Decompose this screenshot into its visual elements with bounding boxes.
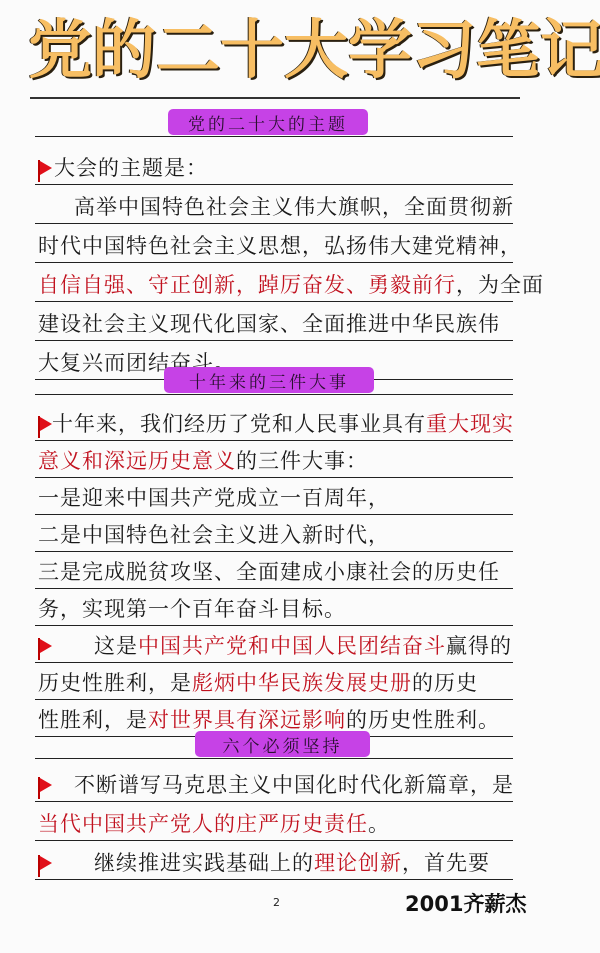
section-heading: 十年来的三件大事 xyxy=(164,367,374,393)
note-line: 建设社会主义现代化国家、全面推进中华民族伟 xyxy=(38,306,514,340)
note-text: 这是 xyxy=(94,630,138,660)
emphasis-text: 重大现实 xyxy=(426,408,514,438)
page-number: 2 xyxy=(273,896,280,909)
note-line: 大会的主题是： xyxy=(38,150,514,184)
ruled-line xyxy=(35,394,513,395)
note-line: 意义和深远历史意义的三件大事： xyxy=(38,443,514,477)
note-text: 继续推进实践基础上的 xyxy=(94,847,314,877)
ruled-line xyxy=(35,801,513,802)
note-text: 性胜利，是 xyxy=(38,704,148,734)
ruled-line xyxy=(35,840,513,841)
ruled-line xyxy=(35,223,513,224)
author-label: 2001齐薪杰 xyxy=(405,888,526,918)
note-text: 的历史 xyxy=(412,667,478,697)
ruled-line xyxy=(35,699,513,700)
title-char: 的 xyxy=(92,19,156,83)
title-char: 大 xyxy=(284,19,348,83)
ruled-line xyxy=(35,625,513,626)
note-text: ，首先要 xyxy=(402,847,490,877)
emphasis-text: 理论创新 xyxy=(314,847,402,877)
note-line: 一是迎来中国共产党成立一百周年， xyxy=(38,480,514,514)
section-heading: 党的二十大的主题 xyxy=(168,109,368,135)
note-line: 自信自强、守正创新，踔厉奋发、勇毅前行，为全面 xyxy=(38,267,514,301)
ruled-line xyxy=(35,551,513,552)
title-char: 笔 xyxy=(476,19,540,83)
notebook-title: 党的二十大学习笔记 xyxy=(28,6,588,96)
title-char: 十 xyxy=(220,19,284,83)
note-text: 务，实现第一个百年奋斗目标。 xyxy=(38,593,346,623)
title-char: 学 xyxy=(348,19,412,83)
ruled-line xyxy=(35,758,513,759)
title-char: 党 xyxy=(28,19,92,83)
note-text: 的三件大事： xyxy=(236,445,368,475)
note-text: 一是迎来中国共产党成立一百周年， xyxy=(38,482,390,512)
title-char: 二 xyxy=(156,19,220,83)
note-text: 不断谱写马克思主义中国化时代化新篇章，是 xyxy=(74,769,514,799)
note-line: 这是中国共产党和中国人民团结奋斗赢得的 xyxy=(38,628,514,662)
red-flag-icon xyxy=(38,855,50,877)
note-line: 三是完成脱贫攻坚、全面建成小康社会的历史任 xyxy=(38,554,514,588)
ruled-line xyxy=(35,301,513,302)
note-line: 当代中国共产党人的庄严历史责任。 xyxy=(38,806,514,840)
note-text: 十年来，我们经历了党和人民事业具有 xyxy=(52,408,426,438)
title-underline xyxy=(30,97,520,99)
note-text: 赢得的 xyxy=(446,630,512,660)
note-text: 二是中国特色社会主义进入新时代， xyxy=(38,519,390,549)
note-line: 继续推进实践基础上的理论创新，首先要 xyxy=(38,845,514,879)
ruled-line xyxy=(35,262,513,263)
note-text: 的历史性胜利。 xyxy=(346,704,500,734)
emphasis-text: 意义和深远历史意义 xyxy=(38,445,236,475)
note-line: 不断谱写马克思主义中国化时代化新篇章，是 xyxy=(38,767,514,801)
emphasis-text: 彪炳中华民族发展史册 xyxy=(192,667,412,697)
note-text: 。 xyxy=(368,808,390,838)
note-text: 时代中国特色社会主义思想，弘扬伟大建党精神， xyxy=(38,230,522,260)
ruled-line xyxy=(35,662,513,663)
note-text: 三是完成脱贫攻坚、全面建成小康社会的历史任 xyxy=(38,556,500,586)
note-line: 高举中国特色社会主义伟大旗帜，全面贯彻新 xyxy=(38,189,514,223)
note-text: 高举中国特色社会主义伟大旗帜，全面贯彻新 xyxy=(74,191,514,221)
note-text: 建设社会主义现代化国家、全面推进中华民族伟 xyxy=(38,308,500,338)
note-text: 大会的主题是： xyxy=(54,152,208,182)
emphasis-text: 中国共产党和中国人民团结奋斗 xyxy=(138,630,446,660)
emphasis-text: 当代中国共产党人的庄严历史责任 xyxy=(38,808,368,838)
emphasis-text: 对世界具有深远影响 xyxy=(148,704,346,734)
title-char: 记 xyxy=(540,19,600,83)
ruled-line xyxy=(35,514,513,515)
title-char: 习 xyxy=(412,19,476,83)
red-flag-icon xyxy=(38,160,50,182)
ruled-line xyxy=(35,477,513,478)
note-line: 十年来，我们经历了党和人民事业具有重大现实 xyxy=(38,406,514,440)
red-flag-icon xyxy=(38,638,50,660)
note-line: 历史性胜利，是彪炳中华民族发展史册的历史 xyxy=(38,665,514,699)
ruled-line xyxy=(35,136,513,137)
note-line: 时代中国特色社会主义思想，弘扬伟大建党精神， xyxy=(38,228,514,262)
ruled-line xyxy=(35,879,513,880)
ruled-line xyxy=(35,588,513,589)
red-flag-icon xyxy=(38,777,45,799)
ruled-line xyxy=(35,340,513,341)
note-text: ，为全面 xyxy=(456,269,544,299)
ruled-line xyxy=(35,440,513,441)
note-line: 务，实现第一个百年奋斗目标。 xyxy=(38,591,514,625)
section-heading: 六个必须坚持 xyxy=(195,731,370,757)
note-line: 二是中国特色社会主义进入新时代， xyxy=(38,517,514,551)
ruled-line xyxy=(35,184,513,185)
note-text: 历史性胜利，是 xyxy=(38,667,192,697)
red-flag-icon xyxy=(38,416,40,438)
emphasis-text: 自信自强、守正创新，踔厉奋发、勇毅前行 xyxy=(38,269,456,299)
